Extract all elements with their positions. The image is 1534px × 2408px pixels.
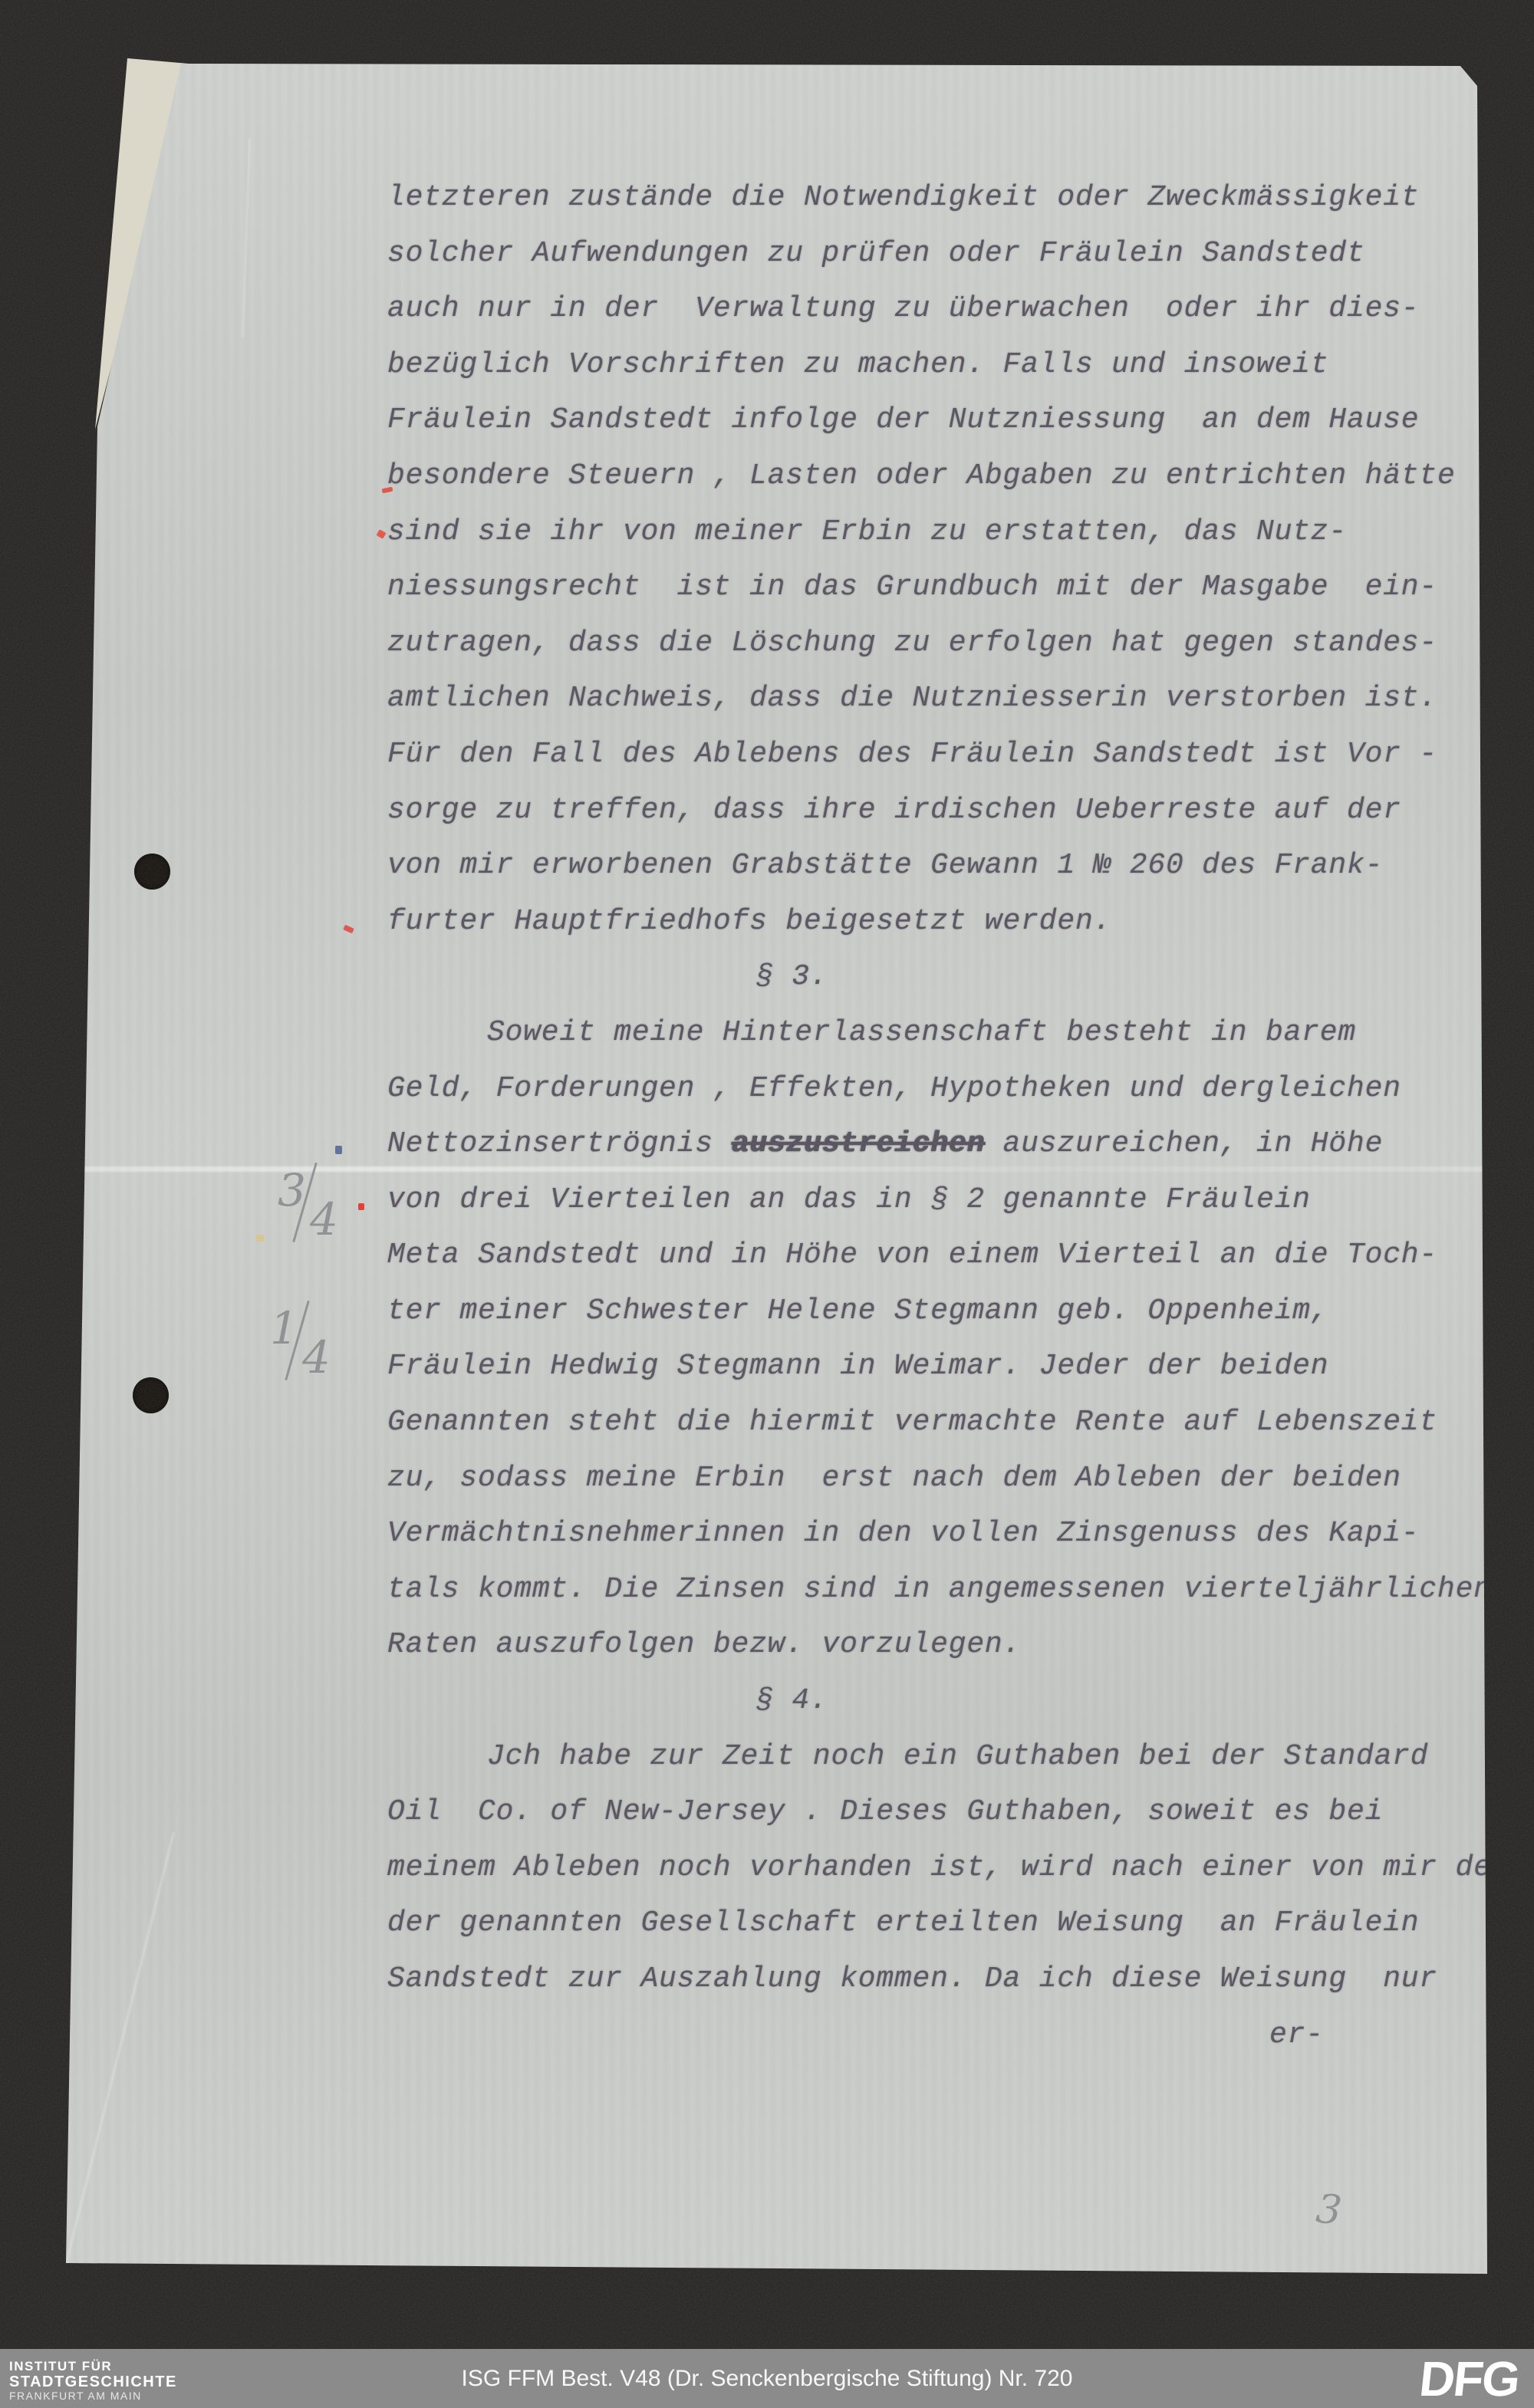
punch-hole-top — [134, 854, 170, 890]
paper-scratch — [242, 138, 250, 337]
typewritten-line-6: besondere Steuern , Lasten oder Abgaben … — [387, 449, 1522, 505]
typewritten-line-30: Oil Co. of New-Jersey . Dieses Guthaben,… — [387, 1785, 1522, 1841]
typewritten-line-23: Genannten steht die hiermit vermachte Re… — [387, 1395, 1522, 1451]
handwritten-page-number: 3 — [1314, 2186, 1344, 2234]
typewritten-line-33: Sandstedt zur Auszahlung kommen. Da ich … — [387, 1952, 1522, 2008]
typewritten-line-15: § 3. — [387, 949, 1522, 1005]
typewritten-line-26: tals kommt. Die Zinsen sind in angemesse… — [387, 1562, 1522, 1618]
dfg-logo: DFG — [1417, 2350, 1522, 2407]
typewritten-line-28: § 4. — [387, 1673, 1522, 1729]
typewritten-line-17: Geld, Forderungen , Effekten, Hypotheken… — [387, 1061, 1522, 1117]
typewritten-line-34: er- — [387, 2008, 1522, 2064]
typewritten-line-11: Für den Fall des Ablebens des Fräulein S… — [387, 727, 1522, 783]
typewritten-line-3: auch nur in der Verwaltung zu überwachen… — [387, 281, 1522, 337]
typewritten-line-25: Vermächtnisnehmerinnen in den vollen Zin… — [387, 1506, 1522, 1562]
typewritten-line-32: der genannten Gesellschaft erteilten Wei… — [387, 1896, 1522, 1952]
fraction-denominator: 4 — [302, 1331, 331, 1383]
text-segment: Nettozinsertrögnis — [387, 1127, 731, 1160]
typewritten-line-12: sorge zu treffen, dass ihre irdischen Ue… — [387, 783, 1522, 839]
typewritten-line-22: Fräulein Hedwig Stegmann in Weimar. Jede… — [387, 1339, 1522, 1395]
typewritten-line-2: solcher Aufwendungen zu prüfen oder Fräu… — [387, 226, 1522, 282]
institute-name-line3: FRANKFURT AM MAIN — [9, 2390, 177, 2403]
typewritten-line-7: sind sie ihr von meiner Erbin zu erstatt… — [387, 505, 1522, 561]
margin-red-mark — [376, 529, 386, 539]
footer-bar: INSTITUT FÜR STADTGESCHICHTE FRANKFURT A… — [0, 2349, 1534, 2408]
typewritten-line-4: bezüglich Vorschriften zu machen. Falls … — [387, 337, 1522, 393]
paper-scratch — [58, 1832, 175, 2294]
fraction-denominator: 4 — [310, 1193, 338, 1245]
struck-word: auszustreichen — [731, 1127, 984, 1160]
archive-scan-page: letzteren zustände die Notwendigkeit ode… — [0, 0, 1534, 2408]
typewritten-text-block: letzteren zustände die Notwendigkeit ode… — [387, 170, 1522, 2063]
archive-reference: ISG FFM Best. V48 (Dr. Senckenbergische … — [0, 2366, 1534, 2392]
typewritten-line-18: Nettozinsertrögnis auszustreichen auszur… — [387, 1117, 1522, 1173]
typewritten-line-1: letzteren zustände die Notwendigkeit ode… — [387, 170, 1522, 226]
typewritten-line-5: Fräulein Sandstedt infolge der Nutzniess… — [387, 393, 1522, 449]
typewritten-line-10: amtlichen Nachweis, dass die Nutzniesser… — [387, 671, 1522, 727]
typewritten-line-24: zu, sodass meine Erbin erst nach dem Abl… — [387, 1451, 1522, 1507]
typewritten-line-31: meinem Ableben noch vorhanden ist, wird … — [387, 1841, 1522, 1896]
typewritten-line-27: Raten auszufolgen bezw. vorzulegen. — [387, 1617, 1522, 1673]
typewritten-line-14: furter Hauptfriedhofs beigesetzt werden. — [387, 894, 1522, 950]
typewritten-line-8: niessungsrecht ist in das Grundbuch mit … — [387, 560, 1522, 616]
typewritten-line-29: Jch habe zur Zeit noch ein Guthaben bei … — [387, 1729, 1522, 1785]
typewritten-line-9: zutragen, dass die Löschung zu erfolgen … — [387, 616, 1522, 672]
typewritten-line-19: von drei Vierteilen an das in § 2 genann… — [387, 1173, 1522, 1229]
document-paper: letzteren zustände die Notwendigkeit ode… — [0, 0, 1534, 2408]
paper-yellow-speck — [256, 1235, 264, 1242]
typewritten-line-21: ter meiner Schwester Helene Stegmann geb… — [387, 1284, 1522, 1340]
margin-red-mark — [343, 925, 354, 934]
punch-hole-bottom — [133, 1377, 169, 1413]
typewritten-line-13: von mir erworbenen Grabstätte Gewann 1 №… — [387, 838, 1522, 894]
typewritten-line-20: Meta Sandstedt und in Höhe von einem Vie… — [387, 1228, 1522, 1284]
margin-red-mark — [358, 1203, 364, 1210]
margin-blue-mark — [335, 1146, 342, 1154]
typewritten-line-16: Soweit meine Hinterlassenschaft besteht … — [387, 1005, 1522, 1061]
text-segment: auszureichen, in Höhe — [985, 1127, 1383, 1160]
